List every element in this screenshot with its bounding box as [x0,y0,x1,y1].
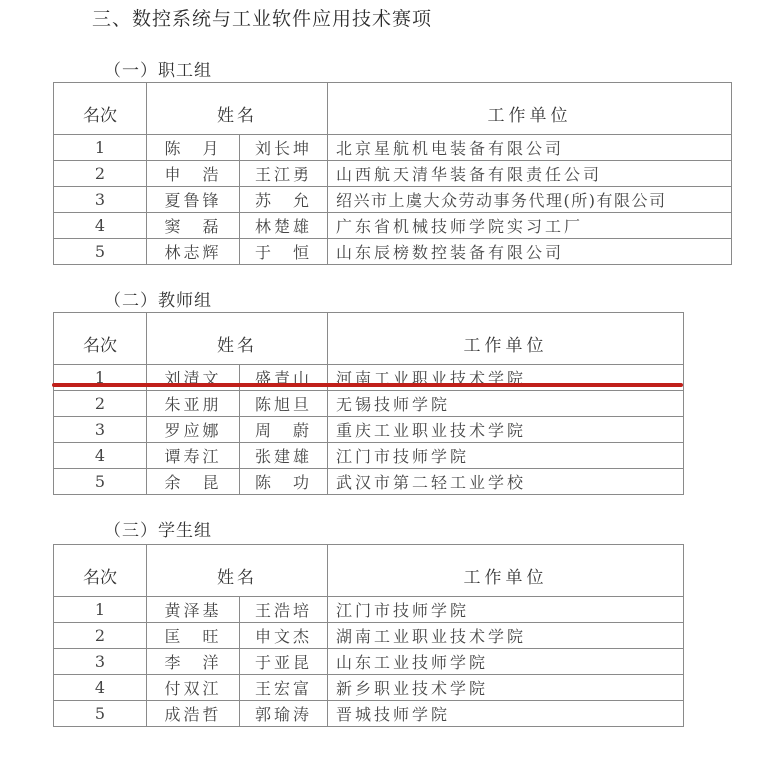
org-cell: 山西航天清华装备有限责任公司 [328,161,732,187]
rank-cell: 1 [54,135,147,161]
table-teacher: 名次 姓名 工作单位 1 刘清文 盛青山 河南工业职业技术学院 2 朱亚朋 陈旭… [53,312,684,495]
rank-cell: 4 [54,443,147,469]
group-title-student: （三）学生组 [104,516,212,541]
name-cell: 于 恒 [240,239,328,265]
name-cell: 陈旭旦 [240,391,328,417]
org-cell: 无锡技师学院 [328,391,684,417]
table-header: 名次 姓名 工作单位 [54,313,684,365]
col-name: 姓名 [147,545,328,597]
table-row: 3 夏鲁锋 苏 允 绍兴市上虞大众劳动事务代理(所)有限公司 [54,187,732,213]
rank-cell: 3 [54,187,147,213]
rank-cell: 4 [54,213,147,239]
org-cell: 山东工业技师学院 [328,649,684,675]
org-cell: 山东辰榜数控装备有限公司 [328,239,732,265]
name-cell: 付双江 [147,675,240,701]
org-cell: 新乡职业技术学院 [328,675,684,701]
name-cell: 周 蔚 [240,417,328,443]
name-cell: 张建雄 [240,443,328,469]
name-cell: 李 洋 [147,649,240,675]
col-name: 姓名 [147,83,328,135]
name-cell: 林志辉 [147,239,240,265]
org-cell: 广东省机械技师学院实习工厂 [328,213,732,239]
rank-cell: 5 [54,469,147,495]
col-name: 姓名 [147,313,328,365]
name-cell: 匡 旺 [147,623,240,649]
table-header: 名次 姓名 工作单位 [54,83,732,135]
table-student: 名次 姓名 工作单位 1 黄泽基 王浩培 江门市技师学院 2 匡 旺 申文杰 湖… [53,544,684,727]
table-header: 名次 姓名 工作单位 [54,545,684,597]
name-cell: 苏 允 [240,187,328,213]
name-cell: 谭寿江 [147,443,240,469]
org-cell: 武汉市第二轻工业学校 [328,469,684,495]
col-rank: 名次 [54,313,147,365]
col-org: 工作单位 [328,313,684,365]
table-row: 2 匡 旺 申文杰 湖南工业职业技术学院 [54,623,684,649]
table-row: 2 申 浩 王江勇 山西航天清华装备有限责任公司 [54,161,732,187]
name-cell: 罗应娜 [147,417,240,443]
name-cell: 王宏富 [240,675,328,701]
table-row: 1 陈 月 刘长坤 北京星航机电装备有限公司 [54,135,732,161]
name-cell: 郭瑜涛 [240,701,328,727]
table-staff: 名次 姓名 工作单位 1 陈 月 刘长坤 北京星航机电装备有限公司 2 申 浩 … [53,82,732,265]
name-cell: 王浩培 [240,597,328,623]
rank-cell: 2 [54,623,147,649]
rank-cell: 5 [54,239,147,265]
name-cell: 朱亚朋 [147,391,240,417]
table-row: 1 黄泽基 王浩培 江门市技师学院 [54,597,684,623]
name-cell: 余 昆 [147,469,240,495]
rank-cell: 2 [54,161,147,187]
org-cell: 晋城技师学院 [328,701,684,727]
name-cell: 陈 月 [147,135,240,161]
table-row: 4 谭寿江 张建雄 江门市技师学院 [54,443,684,469]
org-cell: 湖南工业职业技术学院 [328,623,684,649]
rank-cell: 5 [54,701,147,727]
org-cell: 绍兴市上虞大众劳动事务代理(所)有限公司 [328,187,732,213]
name-cell: 申 浩 [147,161,240,187]
name-cell: 王江勇 [240,161,328,187]
table-row: 2 朱亚朋 陈旭旦 无锡技师学院 [54,391,684,417]
rank-cell: 3 [54,649,147,675]
col-org: 工作单位 [328,545,684,597]
name-cell: 窦 磊 [147,213,240,239]
name-cell: 林楚雄 [240,213,328,239]
col-rank: 名次 [54,545,147,597]
name-cell: 黄泽基 [147,597,240,623]
group-title-teacher: （二）教师组 [104,286,212,311]
rank-cell: 3 [54,417,147,443]
org-cell: 江门市技师学院 [328,597,684,623]
name-cell: 申文杰 [240,623,328,649]
table-row: 4 窦 磊 林楚雄 广东省机械技师学院实习工厂 [54,213,732,239]
col-org: 工作单位 [328,83,732,135]
rank-cell: 4 [54,675,147,701]
col-rank: 名次 [54,83,147,135]
org-cell: 江门市技师学院 [328,443,684,469]
name-cell: 刘长坤 [240,135,328,161]
name-cell: 夏鲁锋 [147,187,240,213]
name-cell: 于亚昆 [240,649,328,675]
table-row: 3 李 洋 于亚昆 山东工业技师学院 [54,649,684,675]
rank-cell: 2 [54,391,147,417]
table-row: 5 成浩哲 郭瑜涛 晋城技师学院 [54,701,684,727]
name-cell: 成浩哲 [147,701,240,727]
org-cell: 北京星航机电装备有限公司 [328,135,732,161]
group-title-staff: （一）职工组 [104,56,212,81]
table-row: 5 余 昆 陈 功 武汉市第二轻工业学校 [54,469,684,495]
page-heading: 三、数控系统与工业软件应用技术赛项 [92,4,432,31]
table-row: 3 罗应娜 周 蔚 重庆工业职业技术学院 [54,417,684,443]
red-underline-annotation [52,383,683,387]
table-row: 5 林志辉 于 恒 山东辰榜数控装备有限公司 [54,239,732,265]
table-row: 4 付双江 王宏富 新乡职业技术学院 [54,675,684,701]
name-cell: 陈 功 [240,469,328,495]
rank-cell: 1 [54,597,147,623]
org-cell: 重庆工业职业技术学院 [328,417,684,443]
